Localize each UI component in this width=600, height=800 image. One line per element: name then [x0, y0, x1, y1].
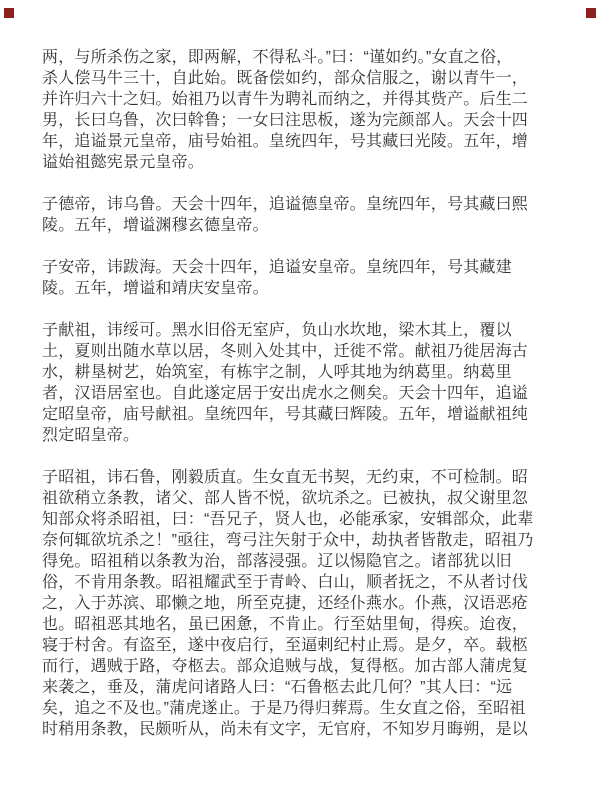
document-text-block: 两，与所杀伤之家，即两解，不得私斗。”曰：“谨如约。”女直之俗， 杀人偿马牛三十… [42, 47, 559, 761]
paragraph-1: 两，与所杀伤之家，即两解，不得私斗。”曰：“谨如约。”女直之俗， 杀人偿马牛三十… [42, 47, 559, 173]
corner-marker-left [4, 8, 14, 18]
paragraph-2: 子德帝，讳乌鲁。天会十四年，追谥德皇帝。皇统四年，号其藏曰熙 陵。五年，增谥渊穆… [42, 194, 559, 236]
corner-marker-right [586, 8, 596, 18]
paragraph-5: 子昭祖，讳石鲁，刚毅质直。生女直无书契，无约束，不可检制。昭 祖欲稍立条教，诸父… [42, 467, 559, 740]
paragraph-4: 子献祖，讳绥可。黑水旧俗无室庐，负山水坎地，梁木其上，覆以 土，夏则出随水草以居… [42, 320, 559, 446]
paragraph-3: 子安帝，讳跋海。天会十四年，追谥安皇帝。皇统四年，号其藏建 陵。五年，增谥和靖庆… [42, 257, 559, 299]
